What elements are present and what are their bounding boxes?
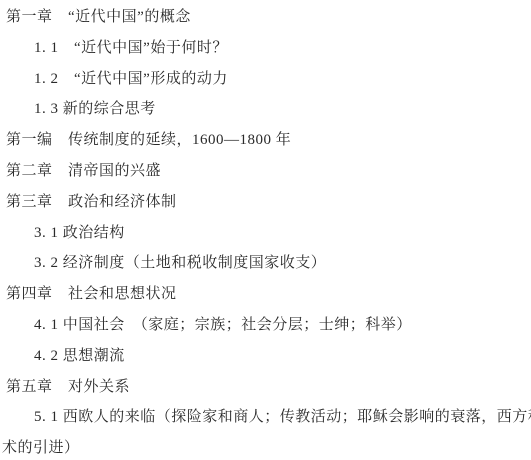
- toc-line-section: 4. 1 中国社会 （家庭；宗族；社会分层；士绅；科举）: [0, 310, 531, 341]
- toc-page: 第一章 “近代中国”的概念1. 1 “近代中国”始于何时？1. 2 “近代中国”…: [0, 0, 531, 460]
- toc-line-section: 3. 2 经济制度（土地和税收制度国家收支）: [0, 248, 531, 279]
- toc-line-section: 5. 1 西欧人的来临（探险家和商人；传教活动；耶稣会影响的衰落，西方科学技: [0, 402, 531, 433]
- toc-line-chapter: 第一章 “近代中国”的概念: [0, 2, 531, 33]
- toc-line-section: 4. 2 思想潮流: [0, 341, 531, 372]
- toc-line-chapter: 第五章 对外关系: [0, 372, 531, 403]
- toc-line-section: 1. 3 新的综合思考: [0, 94, 531, 125]
- toc-line-chapter: 第一编 传统制度的延续，1600—1800 年: [0, 125, 531, 156]
- toc-line-chapter: 第二章 清帝国的兴盛: [0, 156, 531, 187]
- document-body: { "page": { "background": "#ffffff", "te…: [0, 0, 531, 460]
- toc-line-chapter: 第三章 政治和经济体制: [0, 187, 531, 218]
- toc-line-section: 1. 1 “近代中国”始于何时？: [0, 33, 531, 64]
- toc-line-chapter: 第四章 社会和思想状况: [0, 279, 531, 310]
- table-of-contents: 第一章 “近代中国”的概念1. 1 “近代中国”始于何时？1. 2 “近代中国”…: [0, 2, 531, 460]
- toc-line-continuation: 术的引进）: [0, 433, 531, 460]
- toc-line-section: 3. 1 政治结构: [0, 218, 531, 249]
- toc-line-section: 1. 2 “近代中国”形成的动力: [0, 64, 531, 95]
